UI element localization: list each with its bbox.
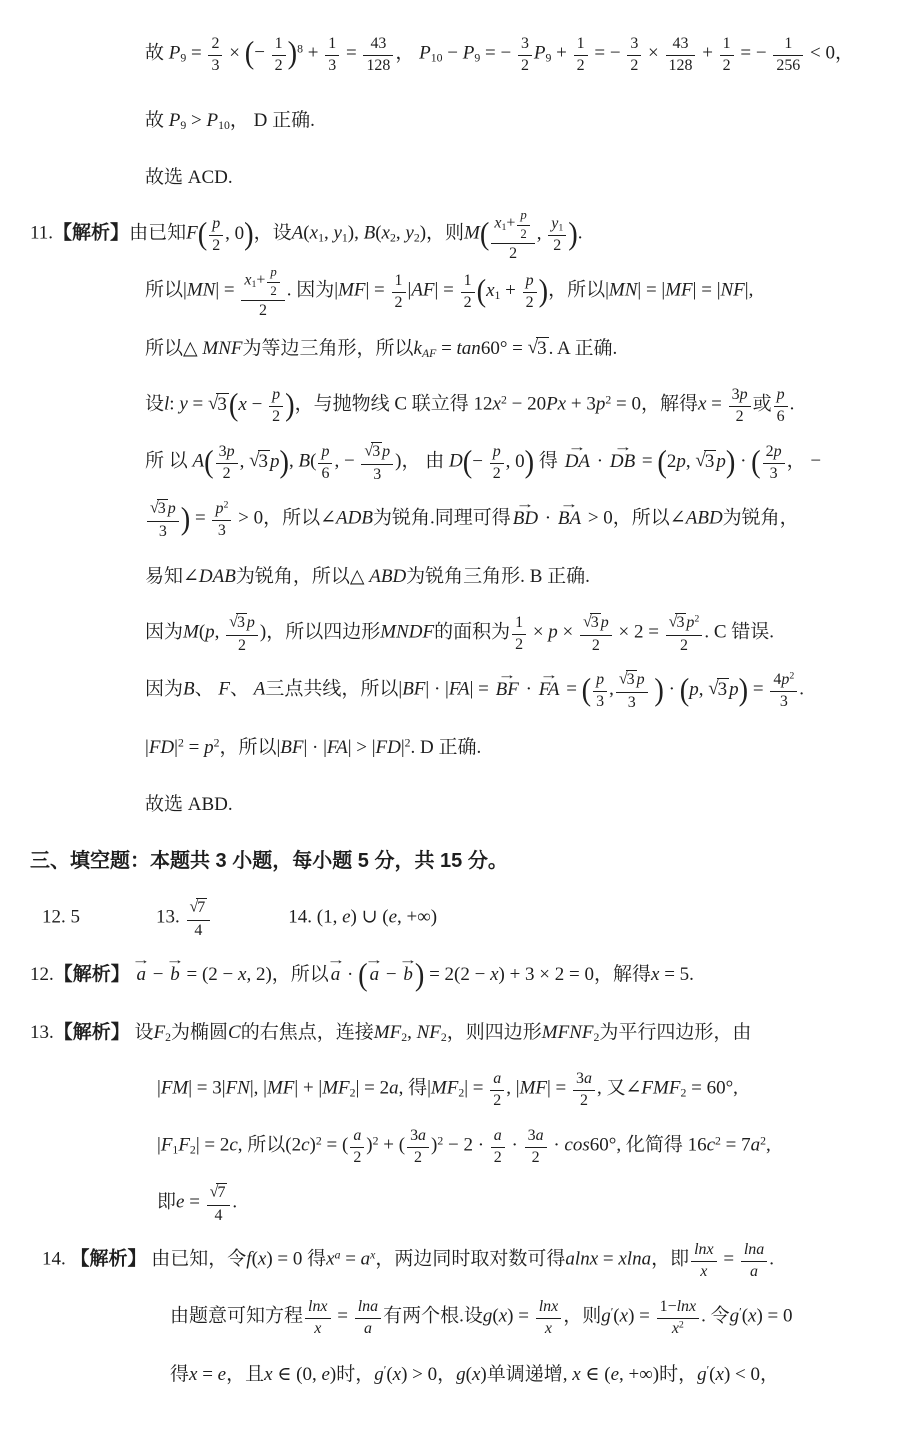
radical: √3 bbox=[695, 450, 716, 474]
q11-mn-line: 所以|MN| = x1+p22. 因为|MF| = 12|AF| = 12(x1… bbox=[0, 263, 900, 320]
vector: →a bbox=[329, 963, 343, 987]
big-paren: ( bbox=[463, 448, 473, 477]
document-body: 故 P9 = 23 × (− 12)8 + 13 = 43128， P10 − … bbox=[0, 0, 900, 1403]
q14-monotonic-line: 得x = e，且x ∈ (0, e)时，g′(x) > 0，g(x)单调递增, … bbox=[0, 1346, 900, 1403]
big-paren: ( bbox=[680, 676, 690, 705]
q10-conclusion-line: 故 P9 > P10， D 正确. bbox=[0, 92, 900, 149]
q13-relations-line-content: |FM| = 3|FN|, |MF| + |MF2| = 2a, 得|MF2| … bbox=[157, 1069, 738, 1110]
radical: √7 bbox=[190, 898, 208, 917]
q11-area-line: 因为M(p, √3p2)，所以四边形MNDF的面积为12 × p × √3p2 … bbox=[0, 605, 900, 662]
vector: →b bbox=[168, 963, 182, 987]
big-paren: ) bbox=[415, 961, 425, 990]
q14-intro-line: 14. 【解析】 由已知，令f(x) = 0 得xa = ax，两边同时取对数可… bbox=[0, 1232, 900, 1289]
big-paren: ) bbox=[726, 448, 736, 477]
radical: √3 bbox=[708, 678, 729, 702]
radical: √3 bbox=[619, 670, 637, 689]
q13-intro-line-content: 13.【解析】 设F2为椭圆C的右焦点，连接MF2, NF2，则四边形MFNF2… bbox=[30, 1021, 751, 1045]
fill-in-answers-line-content: 12. 513. √7414. (1, e) ∪ (e, +∞) bbox=[42, 897, 437, 939]
big-paren: ( bbox=[657, 448, 667, 477]
big-paren: ) bbox=[654, 676, 664, 705]
q11-angle-line-content: √3p3) = p23 > 0，所以∠ADB为锐角.同理可得→BD · →BA … bbox=[145, 498, 799, 540]
big-paren: ) bbox=[181, 505, 191, 534]
big-paren: ) bbox=[739, 676, 749, 705]
vector: →BD bbox=[511, 507, 540, 531]
solution-document: { "page": { "background": "#ffffff", "te… bbox=[0, 0, 900, 1433]
radical: √3 bbox=[669, 613, 687, 632]
radical: √3 bbox=[249, 450, 270, 474]
q14-monotonic-line-content: 得x = e，且x ∈ (0, e)时，g′(x) > 0，g(x)单调递增, … bbox=[170, 1363, 779, 1387]
q11-collinear-line-content: 因为B、 F、 A三点共线，所以|BF| · |FA| = →BF · →FA … bbox=[145, 669, 804, 711]
radical: √3 bbox=[150, 499, 168, 518]
q13-cosine-line-content: |F1F2| = 2c, 所以(2c)2 = (a2)2 + (3a2)2 − … bbox=[157, 1126, 771, 1167]
q11-intro-line-content: 11.【解析】由已知F(p2, 0)，设A(x1, y1), B(x2, y2)… bbox=[30, 206, 583, 262]
q13-cosine-line: |F1F2| = 2c, 所以(2c)2 = (a2)2 + (3a2)2 − … bbox=[0, 1118, 900, 1175]
fill-in-answers-line: 12. 513. √7414. (1, e) ∪ (e, +∞) bbox=[0, 890, 900, 947]
big-paren: ( bbox=[198, 220, 208, 249]
vector: →DB bbox=[608, 450, 637, 474]
big-paren: ) bbox=[285, 391, 295, 420]
radical: √3 bbox=[229, 613, 247, 632]
q11-triangle-line-content: 所以△ MNF为等边三角形，所以kAF = tan60° = √3. A 正确. bbox=[145, 337, 617, 361]
q11-line-equation-line-content: 设l: y = √3(x − p2)，与抛物线 C 联立得 12x2 − 20P… bbox=[145, 385, 794, 426]
q11-angle-line: √3p3) = p23 > 0，所以∠ADB为锐角.同理可得→BD · →BA … bbox=[0, 491, 900, 548]
big-paren: ) bbox=[280, 448, 290, 477]
q13-eccentricity-line-content: 即e = √74. bbox=[157, 1182, 237, 1224]
radical: √3 bbox=[583, 613, 601, 632]
radical: √3 bbox=[208, 393, 229, 417]
q11-points-line: 所 以 A(3p2, √3p), B(p6, − √3p3)， 由 D(− p2… bbox=[0, 434, 900, 491]
radical: √3 bbox=[364, 442, 382, 461]
q11-area-line-content: 因为M(p, √3p2)，所以四边形MNDF的面积为12 × p × √3p2 … bbox=[145, 612, 774, 654]
vector: →b bbox=[401, 963, 415, 987]
q13-eccentricity-line: 即e = √74. bbox=[0, 1175, 900, 1232]
q14-equation-line: 由题意可知方程lnxx = lnaa有两个根.设g(x) = lnxx，则g′(… bbox=[0, 1289, 900, 1346]
vector: →BA bbox=[556, 507, 583, 531]
q10-answer-line-content: 故选 ACD. bbox=[145, 166, 233, 190]
vector: →BF bbox=[494, 678, 521, 702]
q10-answer-line: 故选 ACD. bbox=[0, 149, 900, 206]
q11-fd-line: |FD|2 = p2，所以|BF| · |FA| > |FD|2. D 正确. bbox=[0, 719, 900, 776]
q11-fd-line-content: |FD|2 = p2，所以|BF| · |FA| > |FD|2. D 正确. bbox=[145, 736, 481, 760]
big-paren: ) bbox=[539, 277, 549, 306]
fill-in-section-header-content: 三、填空题：本题共 3 小题，每小题 5 分，共 15 分。 bbox=[30, 849, 508, 874]
vector: →DA bbox=[563, 450, 592, 474]
big-paren: ) bbox=[244, 220, 254, 249]
radical: √3 bbox=[528, 337, 549, 361]
big-paren: ( bbox=[477, 277, 487, 306]
q11-acute-triangle-line-content: 易知∠DAB为锐角，所以△ ABD为锐角三角形. B 正确. bbox=[145, 565, 590, 589]
big-paren: ( bbox=[480, 220, 490, 249]
q11-line-equation-line: 设l: y = √3(x − p2)，与抛物线 C 联立得 12x2 − 20P… bbox=[0, 377, 900, 434]
big-paren: ( bbox=[245, 40, 255, 69]
q11-intro-line: 11.【解析】由已知F(p2, 0)，设A(x1, y1), B(x2, y2)… bbox=[0, 206, 900, 263]
q12-solution-line-content: 12.【解析】 →a − →b = (2 − x, 2)，所以→a · (→a … bbox=[30, 963, 694, 989]
q11-triangle-line: 所以△ MNF为等边三角形，所以kAF = tan60° = √3. A 正确. bbox=[0, 320, 900, 377]
q13-relations-line: |FM| = 3|FN|, |MF| + |MF2| = 2a, 得|MF2| … bbox=[0, 1061, 900, 1118]
q13-intro-line: 13.【解析】 设F2为椭圆C的右焦点，连接MF2, NF2，则四边形MFNF2… bbox=[0, 1004, 900, 1061]
q11-acute-triangle-line: 易知∠DAB为锐角，所以△ ABD为锐角三角形. B 正确. bbox=[0, 548, 900, 605]
q14-intro-line-content: 14. 【解析】 由已知，令f(x) = 0 得xa = ax，两边同时取对数可… bbox=[42, 1240, 774, 1281]
big-paren: ( bbox=[751, 448, 761, 477]
radical: √7 bbox=[210, 1183, 228, 1202]
big-paren: ) bbox=[288, 40, 298, 69]
q14-equation-line-content: 由题意可知方程lnxx = lnaa有两个根.设g(x) = lnxx，则g′(… bbox=[170, 1297, 793, 1338]
vector: →FA bbox=[537, 678, 562, 702]
q11-points-line-content: 所 以 A(3p2, √3p), B(p6, − √3p3)， 由 D(− p2… bbox=[145, 441, 821, 483]
q11-collinear-line: 因为B、 F、 A三点共线，所以|BF| · |FA| = →BF · →FA … bbox=[0, 662, 900, 719]
big-paren: ( bbox=[204, 448, 214, 477]
big-paren: ( bbox=[229, 391, 239, 420]
q10-formula-line: 故 P9 = 23 × (− 12)8 + 13 = 43128， P10 − … bbox=[0, 16, 900, 92]
q11-answer-line-content: 故选 ABD. bbox=[145, 793, 233, 817]
big-paren: ) bbox=[568, 220, 578, 249]
big-paren: ( bbox=[582, 676, 592, 705]
q10-formula-line-content: 故 P9 = 23 × (− 12)8 + 13 = 43128， P10 − … bbox=[145, 34, 854, 75]
vector: →a bbox=[135, 963, 149, 987]
q11-mn-line-content: 所以|MN| = x1+p22. 因为|MF| = 12|AF| = 12(x1… bbox=[145, 263, 753, 319]
q12-solution-line: 12.【解析】 →a − →b = (2 − x, 2)，所以→a · (→a … bbox=[0, 947, 900, 1004]
q10-conclusion-line-content: 故 P9 > P10， D 正确. bbox=[145, 109, 315, 133]
fill-in-section-header: 三、填空题：本题共 3 小题，每小题 5 分，共 15 分。 bbox=[0, 833, 900, 890]
q11-answer-line: 故选 ABD. bbox=[0, 776, 900, 833]
vector: →a bbox=[368, 963, 382, 987]
big-paren: ) bbox=[525, 448, 535, 477]
